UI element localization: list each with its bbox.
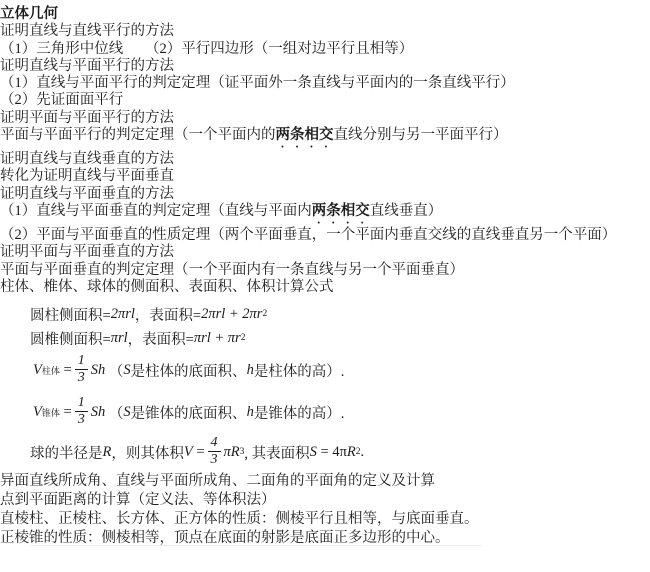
doc-line: （2）先证面面平行 bbox=[0, 92, 650, 109]
math-term: πR bbox=[224, 444, 240, 461]
fraction: 13 bbox=[75, 354, 88, 385]
math-term: πrl + πr bbox=[194, 330, 241, 347]
math-variable: V bbox=[33, 404, 42, 421]
formula-volume-prism: V柱体 =13Sh （S 是柱体的底面积、h 是柱体的高）. bbox=[33, 350, 650, 390]
numerator: 1 bbox=[75, 396, 88, 411]
text-segment: 是锥体的高）. bbox=[254, 402, 345, 423]
doc-line: 转化为证明直线与平面垂直 bbox=[0, 168, 650, 185]
equals-sign: = bbox=[64, 404, 72, 421]
doc-line: 证明直线与直线平行的方法 bbox=[0, 23, 650, 40]
emphasized-text: 两条相交 bbox=[312, 203, 370, 219]
text-segment: 是柱体的高）. bbox=[254, 360, 345, 381]
doc-line: （2）平面与平面垂直的性质定理（两个平面垂直，一个平面内垂直交线的直线垂直另一个… bbox=[0, 227, 650, 244]
math-term: Sh bbox=[91, 362, 106, 379]
doc-line: 平面与平面垂直的判定定理（一个平面内有一条直线与另一个平面垂直） bbox=[0, 262, 650, 279]
doc-line: 证明直线与平面平行的方法 bbox=[0, 58, 650, 75]
text-segment: ，表面积= bbox=[135, 304, 201, 325]
document-page: 立体几何 证明直线与直线平行的方法 （1）三角形中位线 （2）平行四边形（一组对… bbox=[0, 0, 650, 548]
formula-cone-surface: 圆椎侧面积=πrl，表面积=πrl + πr2 bbox=[30, 326, 650, 350]
doc-line-line-plane-perp-theorem: （1）直线与平面垂直的判定定理（直线与平面内两条相交直线垂直） bbox=[0, 203, 650, 227]
doc-line: 证明直线与平面垂直的方法 bbox=[0, 186, 650, 203]
numerator: 4 bbox=[208, 436, 221, 451]
text-segment: ，表面积= bbox=[128, 328, 194, 349]
page-title: 立体几何 bbox=[0, 6, 650, 23]
text-segment: , 其表面积 bbox=[244, 442, 309, 463]
equals-sign: = bbox=[196, 444, 204, 461]
formula-volume-cone: V锥体 =13Sh （S 是锥体的底面积、h 是锥体的高）. bbox=[33, 392, 650, 432]
doc-line-plane-plane-parallel-theorem: 平面与平面平行的判定定理（一个平面内的两条相交直线分别与另一平面平行） bbox=[0, 127, 650, 151]
text-segment: （1）直线与平面垂直的判定定理（直线与平面内 bbox=[0, 203, 312, 219]
text-segment: 球的半径是 bbox=[30, 442, 103, 463]
text-segment: （ bbox=[109, 402, 124, 423]
math-variable: S bbox=[123, 362, 130, 379]
math-variable: S bbox=[123, 404, 130, 421]
equals-sign: = bbox=[64, 362, 72, 379]
subscript: 柱体 bbox=[42, 364, 60, 377]
denominator: 3 bbox=[208, 451, 221, 468]
fraction: 43 bbox=[208, 436, 221, 467]
math-term: 2πrl + 2πr bbox=[201, 306, 262, 323]
doc-line: 证明直线与直线垂直的方法 bbox=[0, 151, 650, 168]
formula-label: 圆椎侧面积= bbox=[30, 328, 111, 349]
subscript: 锥体 bbox=[42, 406, 60, 419]
text-segment: 直线分别与另一平面平行） bbox=[334, 127, 508, 143]
doc-line: （1）三角形中位线 （2）平行四边形（一组对边平行且相等） bbox=[0, 41, 650, 58]
math-variable: S bbox=[310, 444, 317, 461]
text-segment: 直线垂直） bbox=[370, 203, 443, 219]
scan-artifact-line bbox=[30, 545, 482, 546]
formula-label: 圆柱侧面积= bbox=[30, 304, 111, 325]
math-variable: h bbox=[247, 362, 254, 379]
math-variable: R bbox=[347, 444, 356, 461]
doc-line: 点到平面距离的计算（定义法、等体积法） bbox=[0, 491, 650, 510]
math-variable: R bbox=[103, 444, 112, 461]
doc-line: 证明平面与平面垂直的方法 bbox=[0, 244, 650, 261]
doc-line: 异面直线所成角、直线与平面所成角、二面角的平面角的定义及计算 bbox=[0, 472, 650, 491]
formula-cylinder-surface: 圆柱侧面积=2πrl，表面积=2πrl + 2πr2 bbox=[30, 302, 650, 326]
denominator: 3 bbox=[75, 411, 88, 428]
text-segment: 是锥体的底面积、 bbox=[131, 402, 247, 423]
doc-line: 直棱柱、正棱柱、长方体、正方体的性质：侧棱平行且相等，与底面垂直。 bbox=[0, 510, 650, 529]
emphasized-text: 两条相交 bbox=[276, 127, 334, 143]
doc-line: （1）直线与平面平行的判定定理（证平面外一条直线与平面内的一条直线平行） bbox=[0, 75, 650, 92]
math-variable: V bbox=[33, 362, 42, 379]
denominator: 3 bbox=[75, 369, 88, 386]
doc-line: 证明平面与平面平行的方法 bbox=[0, 110, 650, 127]
math-term: 2πrl bbox=[111, 306, 135, 323]
text-segment: 平面与平面平行的判定定理（一个平面内的 bbox=[0, 127, 276, 143]
text-segment: （ bbox=[109, 360, 124, 381]
text-segment: ，则其体积 bbox=[111, 442, 184, 463]
math-term: πrl bbox=[111, 330, 128, 347]
text-segment: 是柱体的底面积、 bbox=[131, 360, 247, 381]
math-term: Sh bbox=[91, 404, 106, 421]
text-segment: . bbox=[361, 444, 365, 461]
formula-sphere: 球的半径是 R，则其体积 V =43πR3, 其表面积 S = 4πR2. bbox=[30, 432, 650, 472]
math-variable: V bbox=[184, 444, 193, 461]
fraction: 13 bbox=[75, 396, 88, 427]
math-variable: h bbox=[247, 404, 254, 421]
doc-line: 柱体、椎体、球体的侧面积、表面积、体积计算公式 bbox=[0, 279, 650, 296]
numerator: 1 bbox=[75, 354, 88, 369]
text-segment: = 4π bbox=[321, 444, 347, 461]
